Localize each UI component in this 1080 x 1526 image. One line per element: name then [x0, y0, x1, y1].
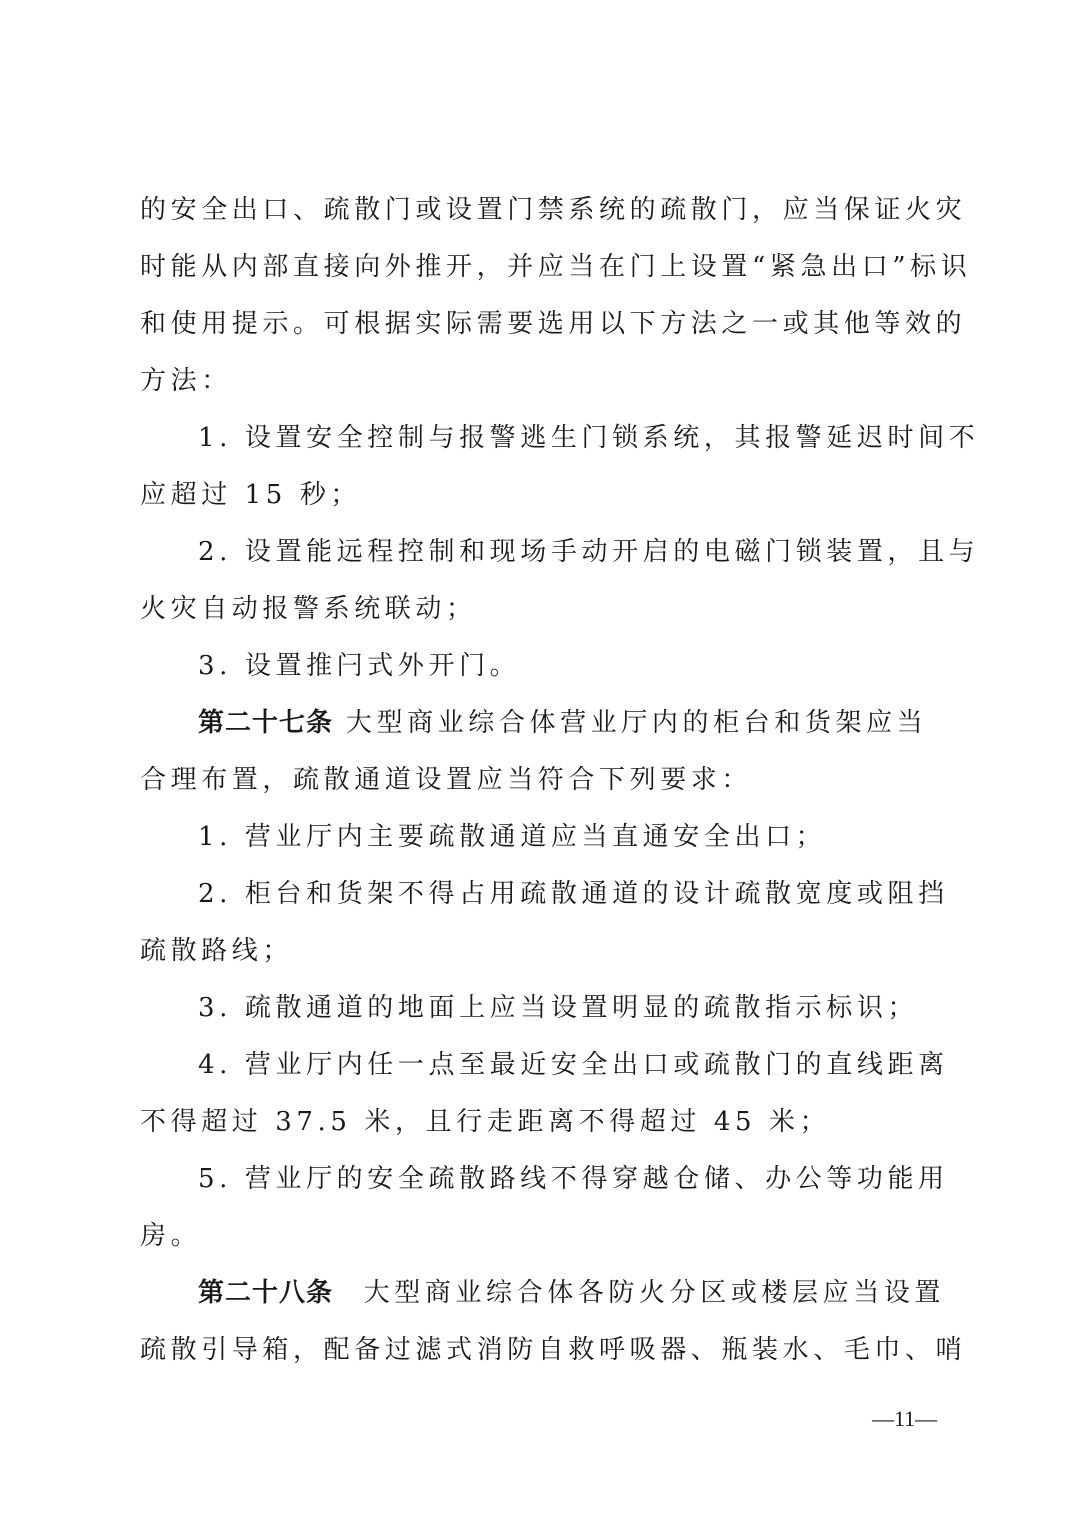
list-item-1: 1. 营业厅内主要疏散通道应当直通安全出口；: [198, 817, 826, 857]
text-line: 疏散路线；: [140, 931, 293, 971]
page-number: —11—: [872, 1404, 937, 1434]
list-item-2: 2. 设置能远程控制和现场手动开启的电磁门锁装置，且与: [198, 532, 979, 572]
text-line: 方法：: [140, 361, 232, 401]
text-line: 和使用提示。可根据实际需要选用以下方法之一或其他等效的: [140, 304, 966, 344]
list-item-3: 3. 疏散通道的地面上应当设置明显的疏散指示标识；: [198, 988, 918, 1028]
text-line: 合理布置，疏散通道设置应当符合下列要求：: [140, 760, 752, 800]
article-28-first-line: 第二十八条 大型商业综合体各防火分区或楼层应当设置: [198, 1273, 945, 1313]
article-28-text: 大型商业综合体各防火分区或楼层应当设置: [333, 1278, 945, 1308]
text-line: 房。: [140, 1216, 201, 1256]
text-line: 火灾自动报警系统联动；: [140, 589, 477, 629]
article-27-first-line: 第二十七条 大型商业综合体营业厅内的柜台和货架应当: [198, 703, 927, 743]
list-item-4: 4. 营业厅内任一点至最近安全出口或疏散门的直线距离: [198, 1045, 949, 1085]
list-item-1: 1. 设置安全控制与报警逃生门锁系统，其报警延迟时间不: [198, 418, 979, 458]
text-line: 不得超过 37.5 米，且行走距离不得超过 45 米；: [140, 1102, 830, 1142]
article-28-heading: 第二十八条: [198, 1278, 333, 1308]
article-27-text: 大型商业综合体营业厅内的柜台和货架应当: [333, 708, 927, 738]
list-item-2: 2. 柜台和货架不得占用疏散通道的设计疏散宽度或阻挡: [198, 874, 949, 914]
text-line: 的安全出口、疏散门或设置门禁系统的疏散门，应当保证火灾: [140, 190, 966, 230]
text-line: 应超过 15 秒；: [140, 475, 361, 515]
list-item-5: 5. 营业厅的安全疏散路线不得穿越仓储、办公等功能用: [198, 1159, 949, 1199]
article-27-heading: 第二十七条: [198, 708, 333, 738]
text-line: 疏散引导箱，配备过滤式消防自救呼吸器、瓶装水、毛巾、哨: [140, 1330, 966, 1370]
text-line: 时能从内部直接向外推开，并应当在门上设置“紧急出口”标识: [140, 247, 971, 287]
list-item-3: 3. 设置推闩式外开门。: [198, 646, 520, 686]
